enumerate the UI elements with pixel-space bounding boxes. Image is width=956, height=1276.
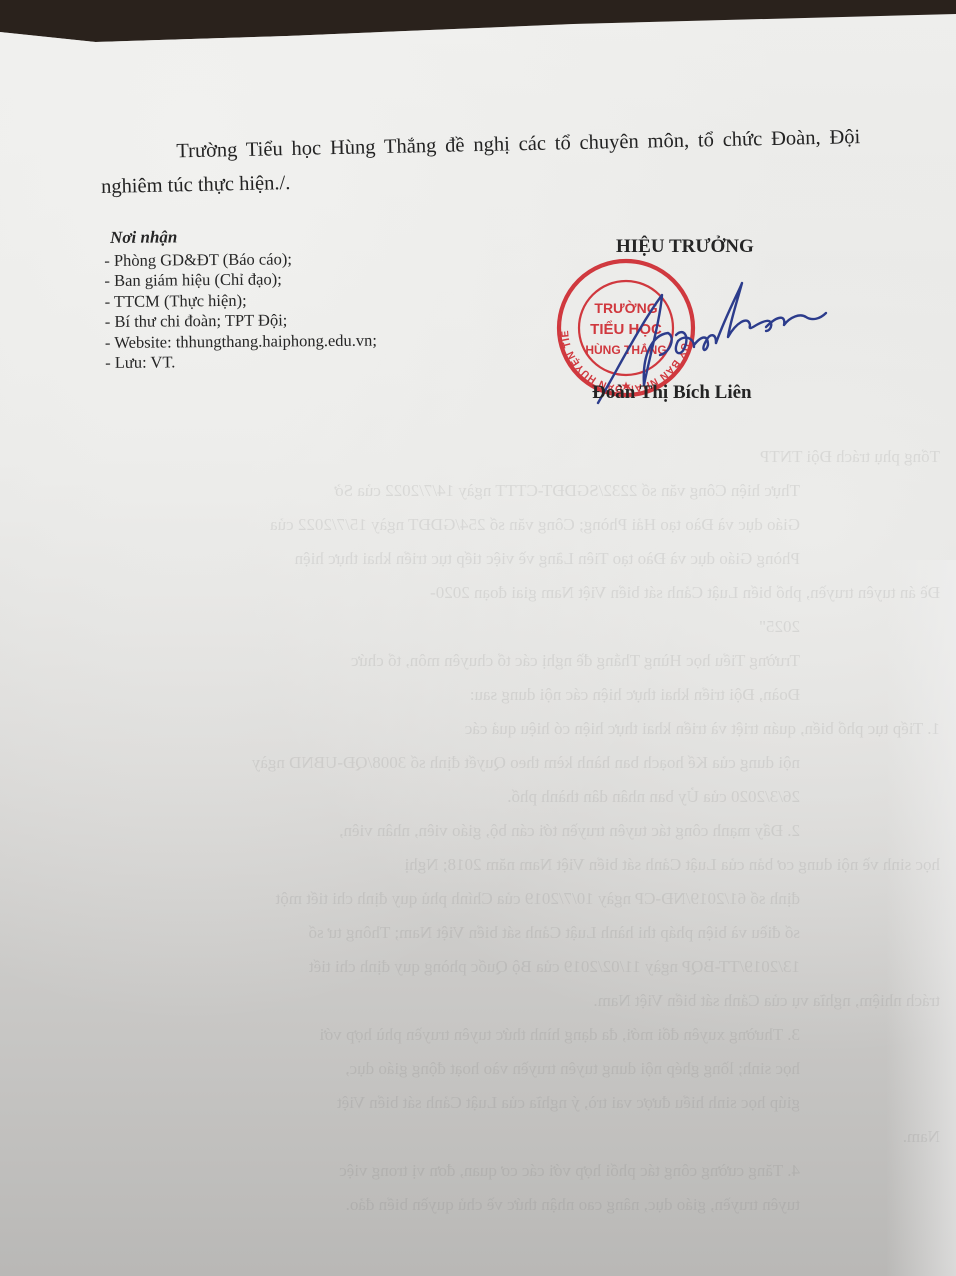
bleed-through-line: 2025"	[40, 610, 800, 644]
page-shading	[886, 560, 956, 1276]
bleed-through-line: Đoàn, Đội triển khai thực hiện các nội d…	[40, 678, 800, 712]
bleed-through-line: học sinh; lồng ghép nội dung tuyên truyề…	[40, 1052, 800, 1086]
recipient-item: - Phòng GD&ĐT (Báo cáo);	[104, 248, 376, 271]
bleed-through-line: giúp học sinh hiểu được vai trò, ý nghĩa…	[40, 1086, 800, 1120]
bleed-through-line: định số 61/2019/NĐ-CP ngày 10/7/2019 của…	[40, 882, 800, 916]
bleed-through-line: 1. Tiếp tục phổ biến, quán triệt và triể…	[180, 712, 940, 746]
bleed-through-line: Thực hiện Công văn số 2232/SGDĐT-CTTT ng…	[40, 474, 800, 508]
bleed-through-line: học sinh về nội dung cơ bản của Luật Cản…	[180, 848, 940, 882]
bleed-through-line: Tổng phụ trách Đội TNTP	[180, 440, 940, 474]
bleed-through-line: 3. Thường xuyên đổi mới, đa dạng hình th…	[40, 1018, 800, 1052]
recipient-item: - Ban giám hiệu (Chỉ đạo);	[104, 269, 376, 292]
bleed-through-line: trách nhiệm, nghĩa vụ của Cảnh sát biển …	[180, 984, 940, 1018]
signer-name: Đoàn Thị Bích Liên	[592, 382, 752, 404]
bleed-through-line: Trường Tiểu học Hùng Thắng đề nghị các t…	[40, 644, 800, 678]
bleed-through-line: nội dung của Kế hoạch ban hành kèm theo …	[40, 746, 800, 780]
recipient-item: - Website: thhungthang.haiphong.edu.vn;	[105, 330, 377, 353]
bleed-through-line: Giáo dục và Đào tạo Hải Phòng; Công văn …	[40, 508, 800, 542]
bleed-through-line: 2. Đẩy mạnh công tác tuyên truyền tới cá…	[40, 814, 800, 848]
bleed-through-line: 26/3/2020 của Ủy ban nhân dân thành phố.	[40, 780, 800, 814]
bleed-through-line: số điều và biện pháp thi hành Luật Cảnh …	[40, 916, 800, 950]
recipient-item: - Lưu: VT.	[105, 351, 377, 374]
bleed-through-line: Đề án tuyên truyền, phổ biến Luật Cảnh s…	[180, 576, 940, 610]
recipients-title: Nơi nhận	[110, 226, 376, 249]
signer-position-title: HIỆU TRƯỞNG	[616, 236, 754, 258]
bleed-through-line: 4. Tăng cường công tác phối hợp với các …	[40, 1154, 800, 1188]
recipient-item: - TTCM (Thực hiện);	[105, 289, 377, 312]
bleed-through-line: tuyên truyền, giáo dục, nâng cao nhận th…	[40, 1188, 800, 1222]
bleed-through-line: Nam.	[180, 1120, 940, 1154]
recipient-item: - Bí thư chi đoàn; TPT Đội;	[105, 310, 377, 333]
bleed-through-line: 13/2019/TT-BQP ngày 11/02/2019 của Bộ Qu…	[40, 950, 800, 984]
bleed-through-line: Phòng Giáo dục và Đào tạo Tiên Lãng về v…	[40, 542, 800, 576]
recipients-block: Nơi nhận - Phòng GD&ĐT (Báo cáo); - Ban …	[104, 226, 377, 374]
